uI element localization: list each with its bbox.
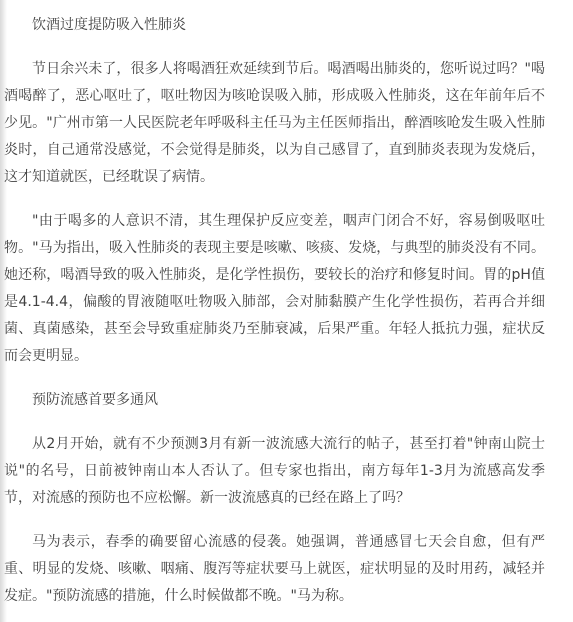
article-content: 饮酒过度提防吸入性肺炎 节日余兴未了，很多人将喝酒狂欢延续到节后。喝酒喝出肺炎的… xyxy=(0,0,573,610)
article-page: 饮酒过度提防吸入性肺炎 节日余兴未了，很多人将喝酒狂欢延续到节后。喝酒喝出肺炎的… xyxy=(0,0,573,622)
paragraph-flu-advice: 马为表示，春季的确要留心流感的侵袭。她强调，普通感冒七天会自愈，但有严重、明显的… xyxy=(4,529,545,610)
paragraph-flu-rumor: 从2月开始，就有不少预测3月有新一波流感大流行的帖子，甚至打着"钟南山院士说"的… xyxy=(4,431,545,512)
paragraph-holiday-drinking: 节日余兴未了，很多人将喝酒狂欢延续到节后。喝酒喝出肺炎的，您听说过吗？"喝酒喝醉… xyxy=(4,56,545,191)
section-heading-aspiration-pneumonia: 饮酒过度提防吸入性肺炎 xyxy=(4,12,545,39)
section-heading-flu-prevention: 预防流感首要多通风 xyxy=(4,387,545,414)
paragraph-aspiration-mechanism: "由于喝多的人意识不清，其生理保护反应变差，咽声门闭合不好，容易倒吸呕吐物。"马… xyxy=(4,208,545,370)
